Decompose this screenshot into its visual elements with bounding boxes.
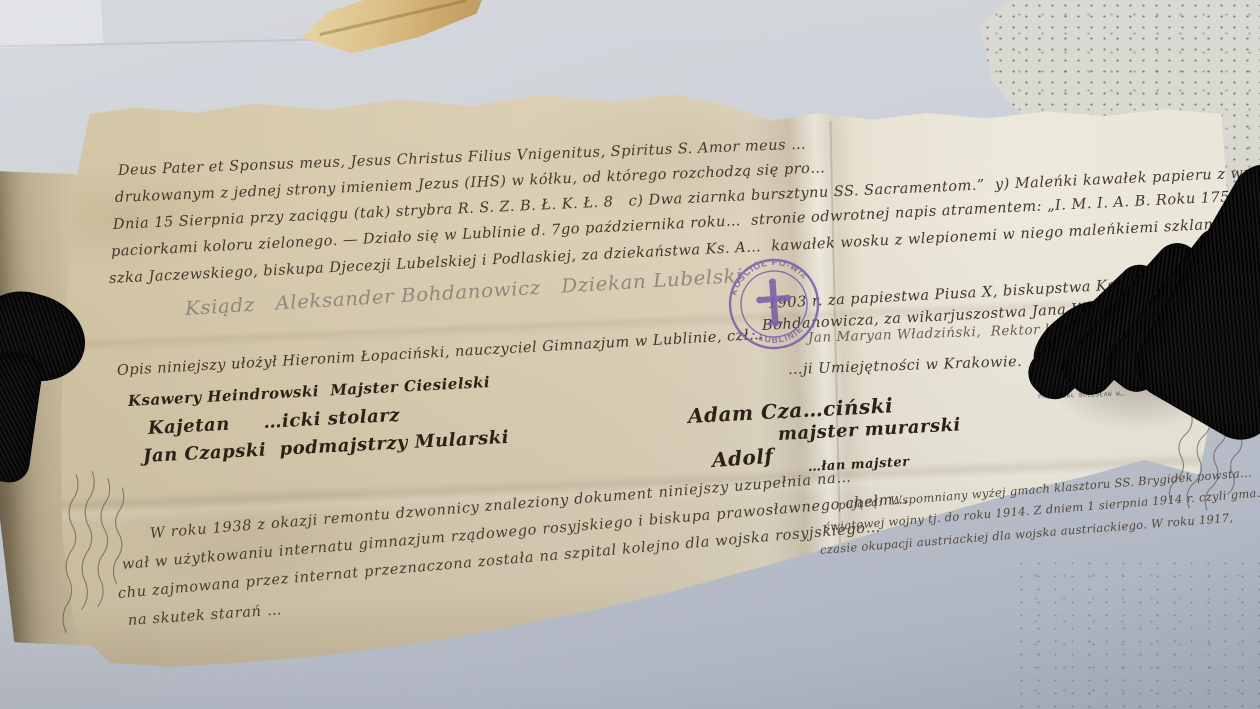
- trefoil-cross-icon: [755, 277, 793, 328]
- parchment-scrap: [297, 0, 491, 59]
- marginal-note-left: [41, 465, 144, 661]
- table-speckles: [1010, 555, 1260, 709]
- table-corner-highlight: [0, 0, 103, 49]
- photo-of-archival-document: Deus Pater et Sponsus meus, Jesus Christ…: [0, 0, 1260, 709]
- scrap-fold-line: [319, 0, 466, 36]
- witness-signature: Adolf: [711, 444, 774, 472]
